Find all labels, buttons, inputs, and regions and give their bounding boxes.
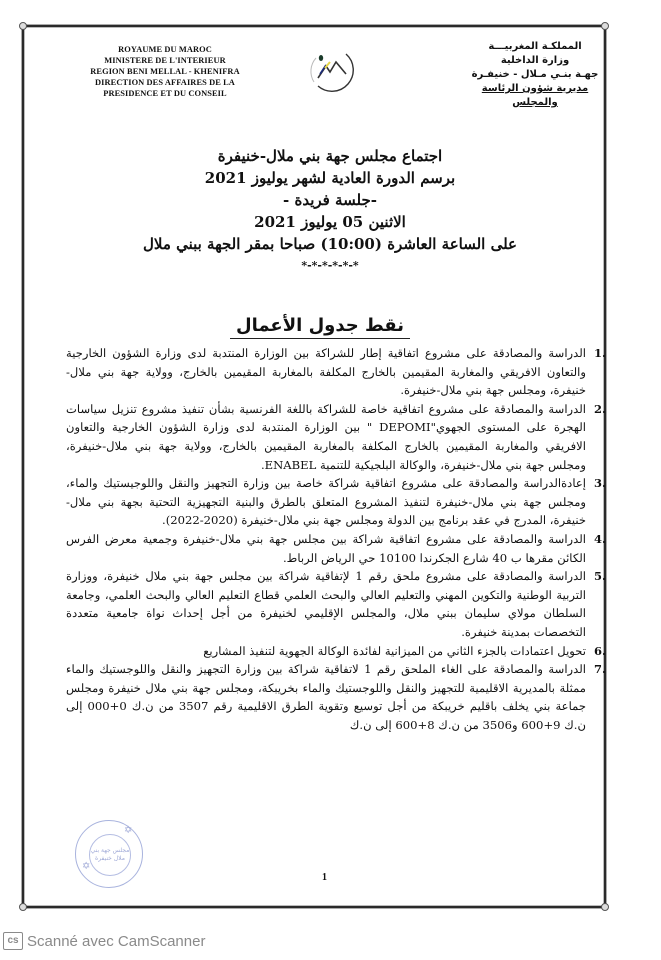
mountain-logo-icon — [306, 44, 354, 92]
title-line: -جلسة فريدة - — [140, 189, 520, 211]
agenda-number: 2. — [594, 400, 606, 419]
agenda-item: 4. الدراسة والمصادقة على مشروع اتفاقية ش… — [66, 530, 606, 567]
corner-ornament — [19, 22, 27, 30]
meeting-date: الاثنين 05 يوليوز 2021 — [140, 211, 520, 233]
agenda-text: الدراسة والمصادقة على مشروع اتفاقية شراك… — [66, 532, 586, 565]
agenda-text: الدراسة والمصادقة على مشروع اتفاقية خاصة… — [66, 402, 586, 472]
agenda-number: 1. — [594, 344, 606, 363]
meeting-title: اجتماع مجلس جهة بني ملال-خنيفرة برسم الد… — [140, 145, 520, 275]
official-stamp: ✡ ✡ مجلس جهة بني ملال خنيفرة — [75, 820, 143, 888]
camscanner-logo-icon: cs — [3, 932, 23, 950]
letterhead-line: DIRECTION DES AFFAIRES DE LA — [70, 77, 260, 88]
agenda-text: إعادةالدراسة والمصادقة على مشروع اتفاقية… — [66, 476, 586, 527]
agenda-number: 7. — [594, 660, 606, 679]
agenda-heading: نقط جدول الأعمال — [230, 315, 410, 339]
title-line: اجتماع مجلس جهة بني ملال-خنيفرة — [140, 145, 520, 167]
agenda-number: 3. — [594, 474, 606, 493]
camscanner-watermark: cs Scanné avec CamScanner — [3, 930, 205, 952]
camscanner-text: Scanné avec CamScanner — [27, 933, 205, 950]
arabic-letterhead: المملكـة المغربيـــة وزارة الداخلية جهـة… — [470, 40, 600, 110]
agenda-text: تحويل اعتمادات بالجزء الثاني من الميزاني… — [203, 644, 586, 658]
letterhead-line: ROYAUME DU MAROC — [70, 44, 260, 55]
letterhead-line: وزارة الداخلية — [470, 54, 600, 68]
agenda-text: الدراسة والمصادقة على مشروع اتفاقية إطار… — [66, 346, 586, 397]
corner-ornament — [601, 903, 609, 911]
agenda-number: 4. — [594, 530, 606, 549]
agenda-item: 3. إعادةالدراسة والمصادقة على مشروع اتفا… — [66, 474, 606, 530]
corner-ornament — [19, 903, 27, 911]
agenda-list: 1. الدراسة والمصادقة على مشروع اتفاقية إ… — [66, 344, 606, 734]
agenda-text: الدراسة والمصادقة على مشروع ملحق رقم 1 ل… — [66, 569, 586, 639]
letterhead-line: المملكـة المغربيـــة — [470, 40, 600, 54]
agenda-text: الدراسة والمصادقة على الغاء الملحق رقم 1… — [66, 662, 586, 732]
agenda-item: 6. تحويل اعتمادات بالجزء الثاني من الميز… — [66, 642, 606, 661]
separator: *-*-*-*-*-* — [140, 257, 520, 275]
letterhead-line: PRESIDENCE ET DU CONSEIL — [70, 88, 260, 99]
letterhead-line: REGION BENI MELLAL - KHENIFRA — [70, 66, 260, 77]
agenda-item: 2. الدراسة والمصادقة على مشروع اتفاقية خ… — [66, 400, 606, 474]
stamp-inner-text: مجلس جهة بني ملال خنيفرة — [89, 834, 131, 876]
title-line: برسم الدورة العادية لشهر يوليوز 2021 — [140, 167, 520, 189]
agenda-item: 5. الدراسة والمصادقة على مشروع ملحق رقم … — [66, 567, 606, 641]
meeting-time-location: على الساعة العاشرة (10:00) صباحا بمقر ال… — [140, 233, 520, 255]
letterhead-line: MINISTERE DE L'INTERIEUR — [70, 55, 260, 66]
letterhead-line: جهـة بنـي مـلال - خنيفـرة — [470, 68, 600, 82]
corner-ornament — [601, 22, 609, 30]
agenda-number: 6. — [594, 642, 606, 661]
agenda-item: 1. الدراسة والمصادقة على مشروع اتفاقية إ… — [66, 344, 606, 400]
agenda-item: 7. الدراسة والمصادقة على الغاء الملحق رق… — [66, 660, 606, 734]
agenda-number: 5. — [594, 567, 606, 586]
page-number: 1 — [322, 872, 327, 883]
star-icon: ✡ — [124, 825, 132, 836]
french-letterhead: ROYAUME DU MAROC MINISTERE DE L'INTERIEU… — [70, 44, 260, 99]
letterhead-line: مديرية شؤون الرئاسة والمجلس — [470, 82, 600, 110]
